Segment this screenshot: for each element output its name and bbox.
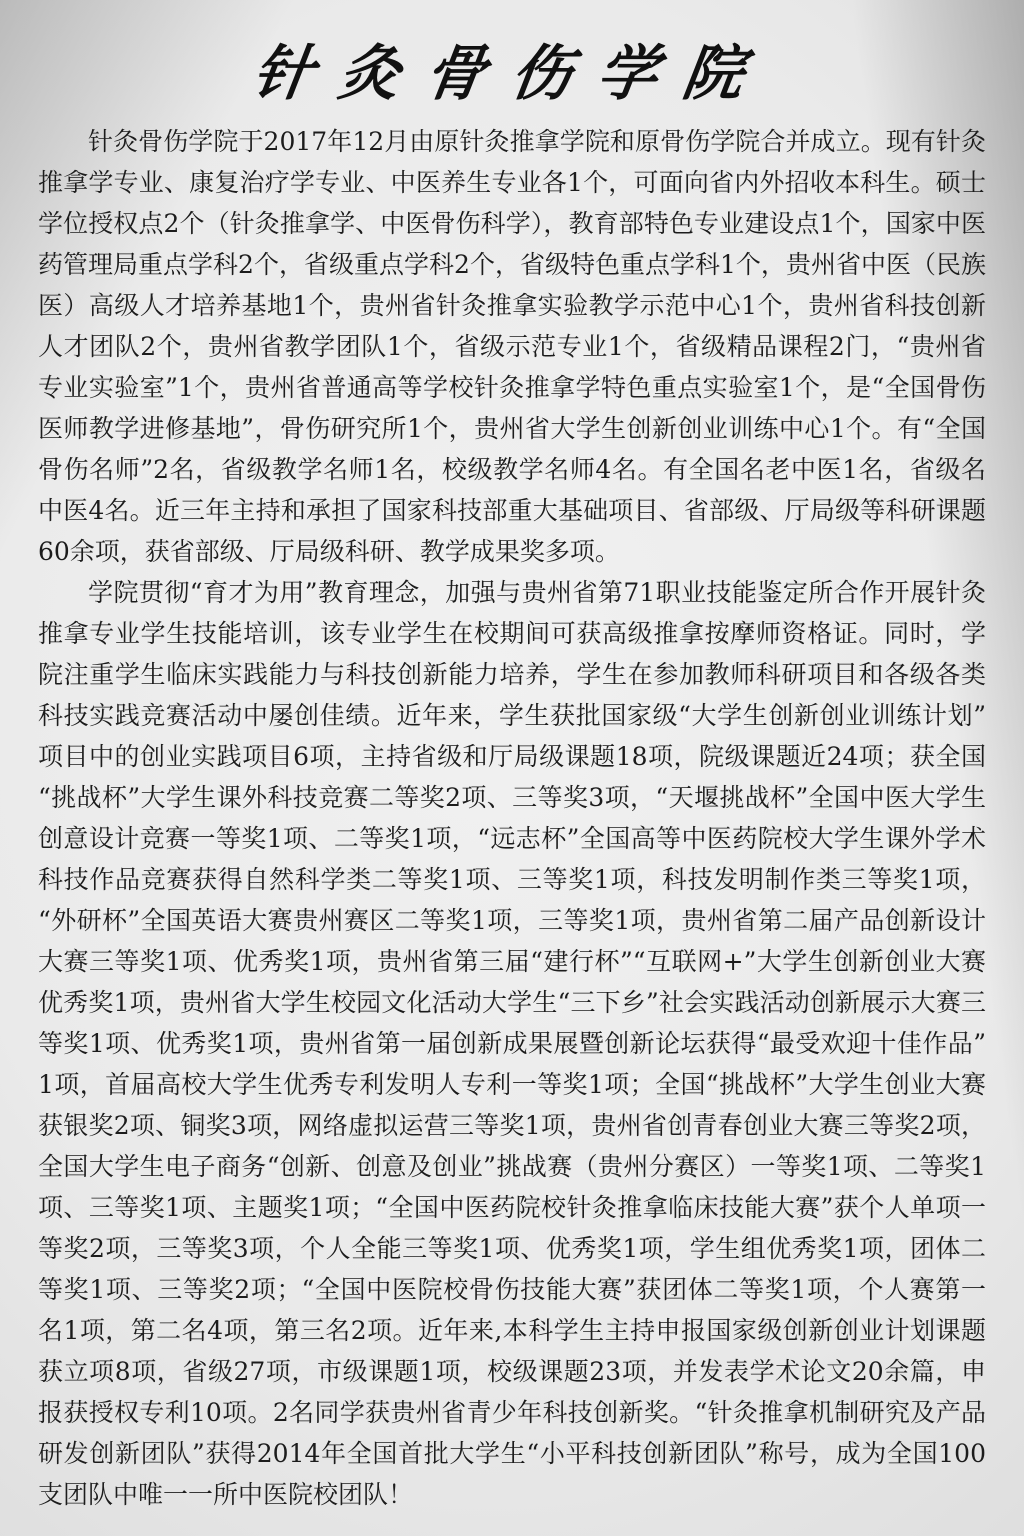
paragraph-student-achievements: 学院贯彻“育才为用”教育理念，加强与贵州省第71职业技能鉴定所合作开展针灸推拿专… xyxy=(38,572,986,1515)
document-page: 针灸骨伤学院 针灸骨伤学院于2017年12月由原针灸推拿学院和原骨伤学院合并成立… xyxy=(0,0,1024,1536)
document-body: 针灸骨伤学院于2017年12月由原针灸推拿学院和原骨伤学院合并成立。现有针灸推拿… xyxy=(38,121,986,1515)
page-title: 针灸骨伤学院 xyxy=(0,26,1024,112)
paragraph-college-overview: 针灸骨伤学院于2017年12月由原针灸推拿学院和原骨伤学院合并成立。现有针灸推拿… xyxy=(38,121,986,572)
